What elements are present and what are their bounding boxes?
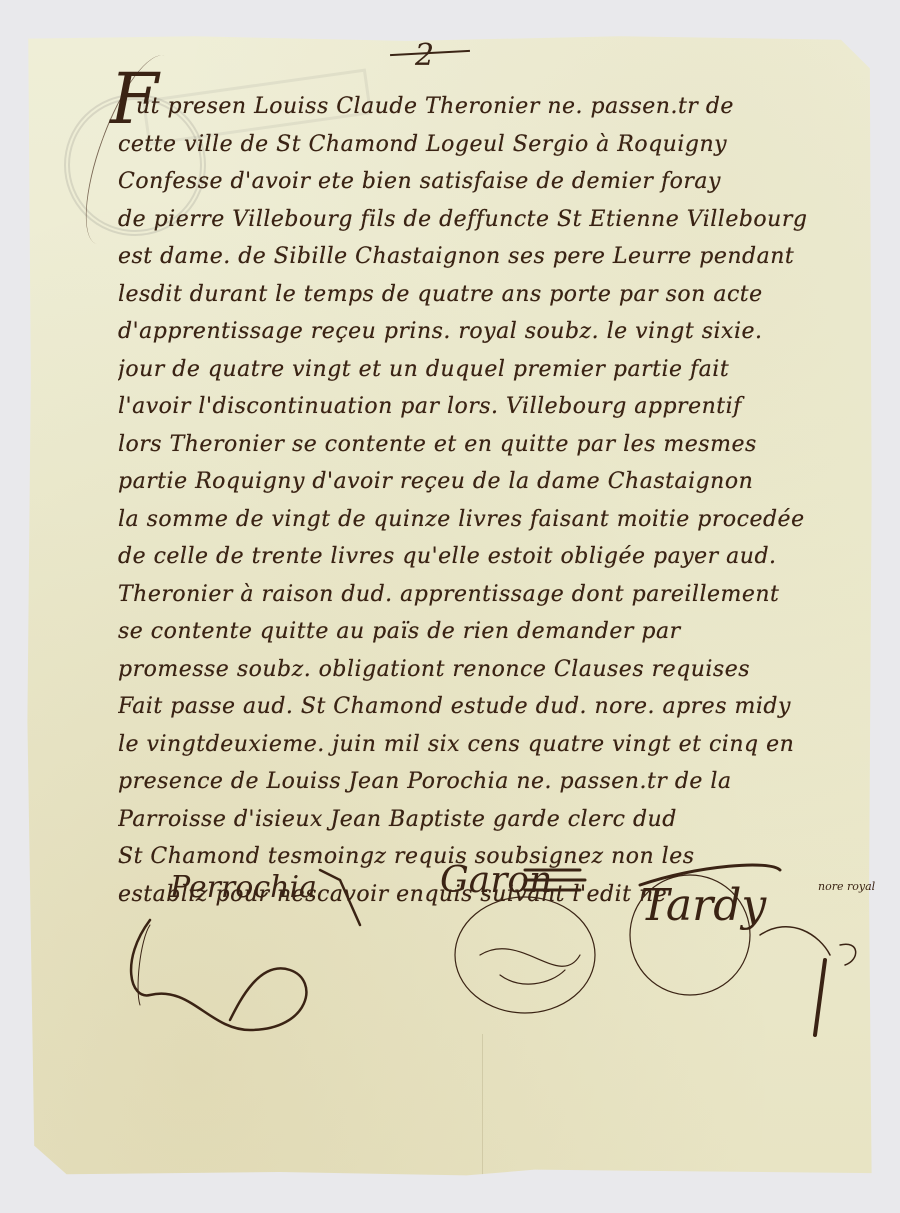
text-line: l'avoir l'discontinuation par lors. Vill… — [118, 388, 838, 426]
text-line: cette ville de St Chamond Logeul Sergio … — [118, 126, 838, 164]
text-line: la somme de vingt de quinze livres faisa… — [118, 501, 838, 539]
text-line: de celle de trente livres qu'elle estoit… — [118, 538, 838, 576]
text-line: lors Theronier se contente et en quitte … — [118, 426, 838, 464]
text-line: de pierre Villebourg fils de deffuncte S… — [118, 201, 838, 239]
text-line: lesdit durant le temps de quatre ans por… — [118, 276, 838, 314]
text-line: Theronier à raison dud. apprentissage do… — [118, 576, 838, 614]
text-line: le vingtdeuxieme. juin mil six cens quat… — [118, 726, 838, 764]
paper-fold-line — [482, 1034, 483, 1180]
text-line: St Chamond tesmoingz requis soubsignez n… — [118, 838, 838, 876]
text-line: presence de Louiss Jean Porochia ne. pas… — [118, 763, 838, 801]
manuscript-text-body: ut presen Louiss Claude Theronier ne. pa… — [118, 88, 838, 913]
folio-number: 2 — [415, 38, 434, 73]
text-line: partie Roquigny d'avoir reçeu de la dame… — [118, 463, 838, 501]
text-line: ut presen Louiss Claude Theronier ne. pa… — [118, 88, 838, 126]
text-line: establiz pour nescavoir enquis suivant l… — [118, 876, 838, 914]
text-line: Confesse d'avoir ete bien satisfaise de … — [118, 163, 838, 201]
text-line: Fait passe aud. St Chamond estude dud. n… — [118, 688, 838, 726]
text-line: d'apprentissage reçeu prins. royal soubz… — [118, 313, 838, 351]
text-line: se contente quitte au païs de rien deman… — [118, 613, 838, 651]
text-line: jour de quatre vingt et un duquel premie… — [118, 351, 838, 389]
text-line: promesse soubz. obligationt renonce Clau… — [118, 651, 838, 689]
text-line: Parroisse d'isieux Jean Baptiste garde c… — [118, 801, 838, 839]
text-line: est dame. de Sibille Chastaignon ses per… — [118, 238, 838, 276]
